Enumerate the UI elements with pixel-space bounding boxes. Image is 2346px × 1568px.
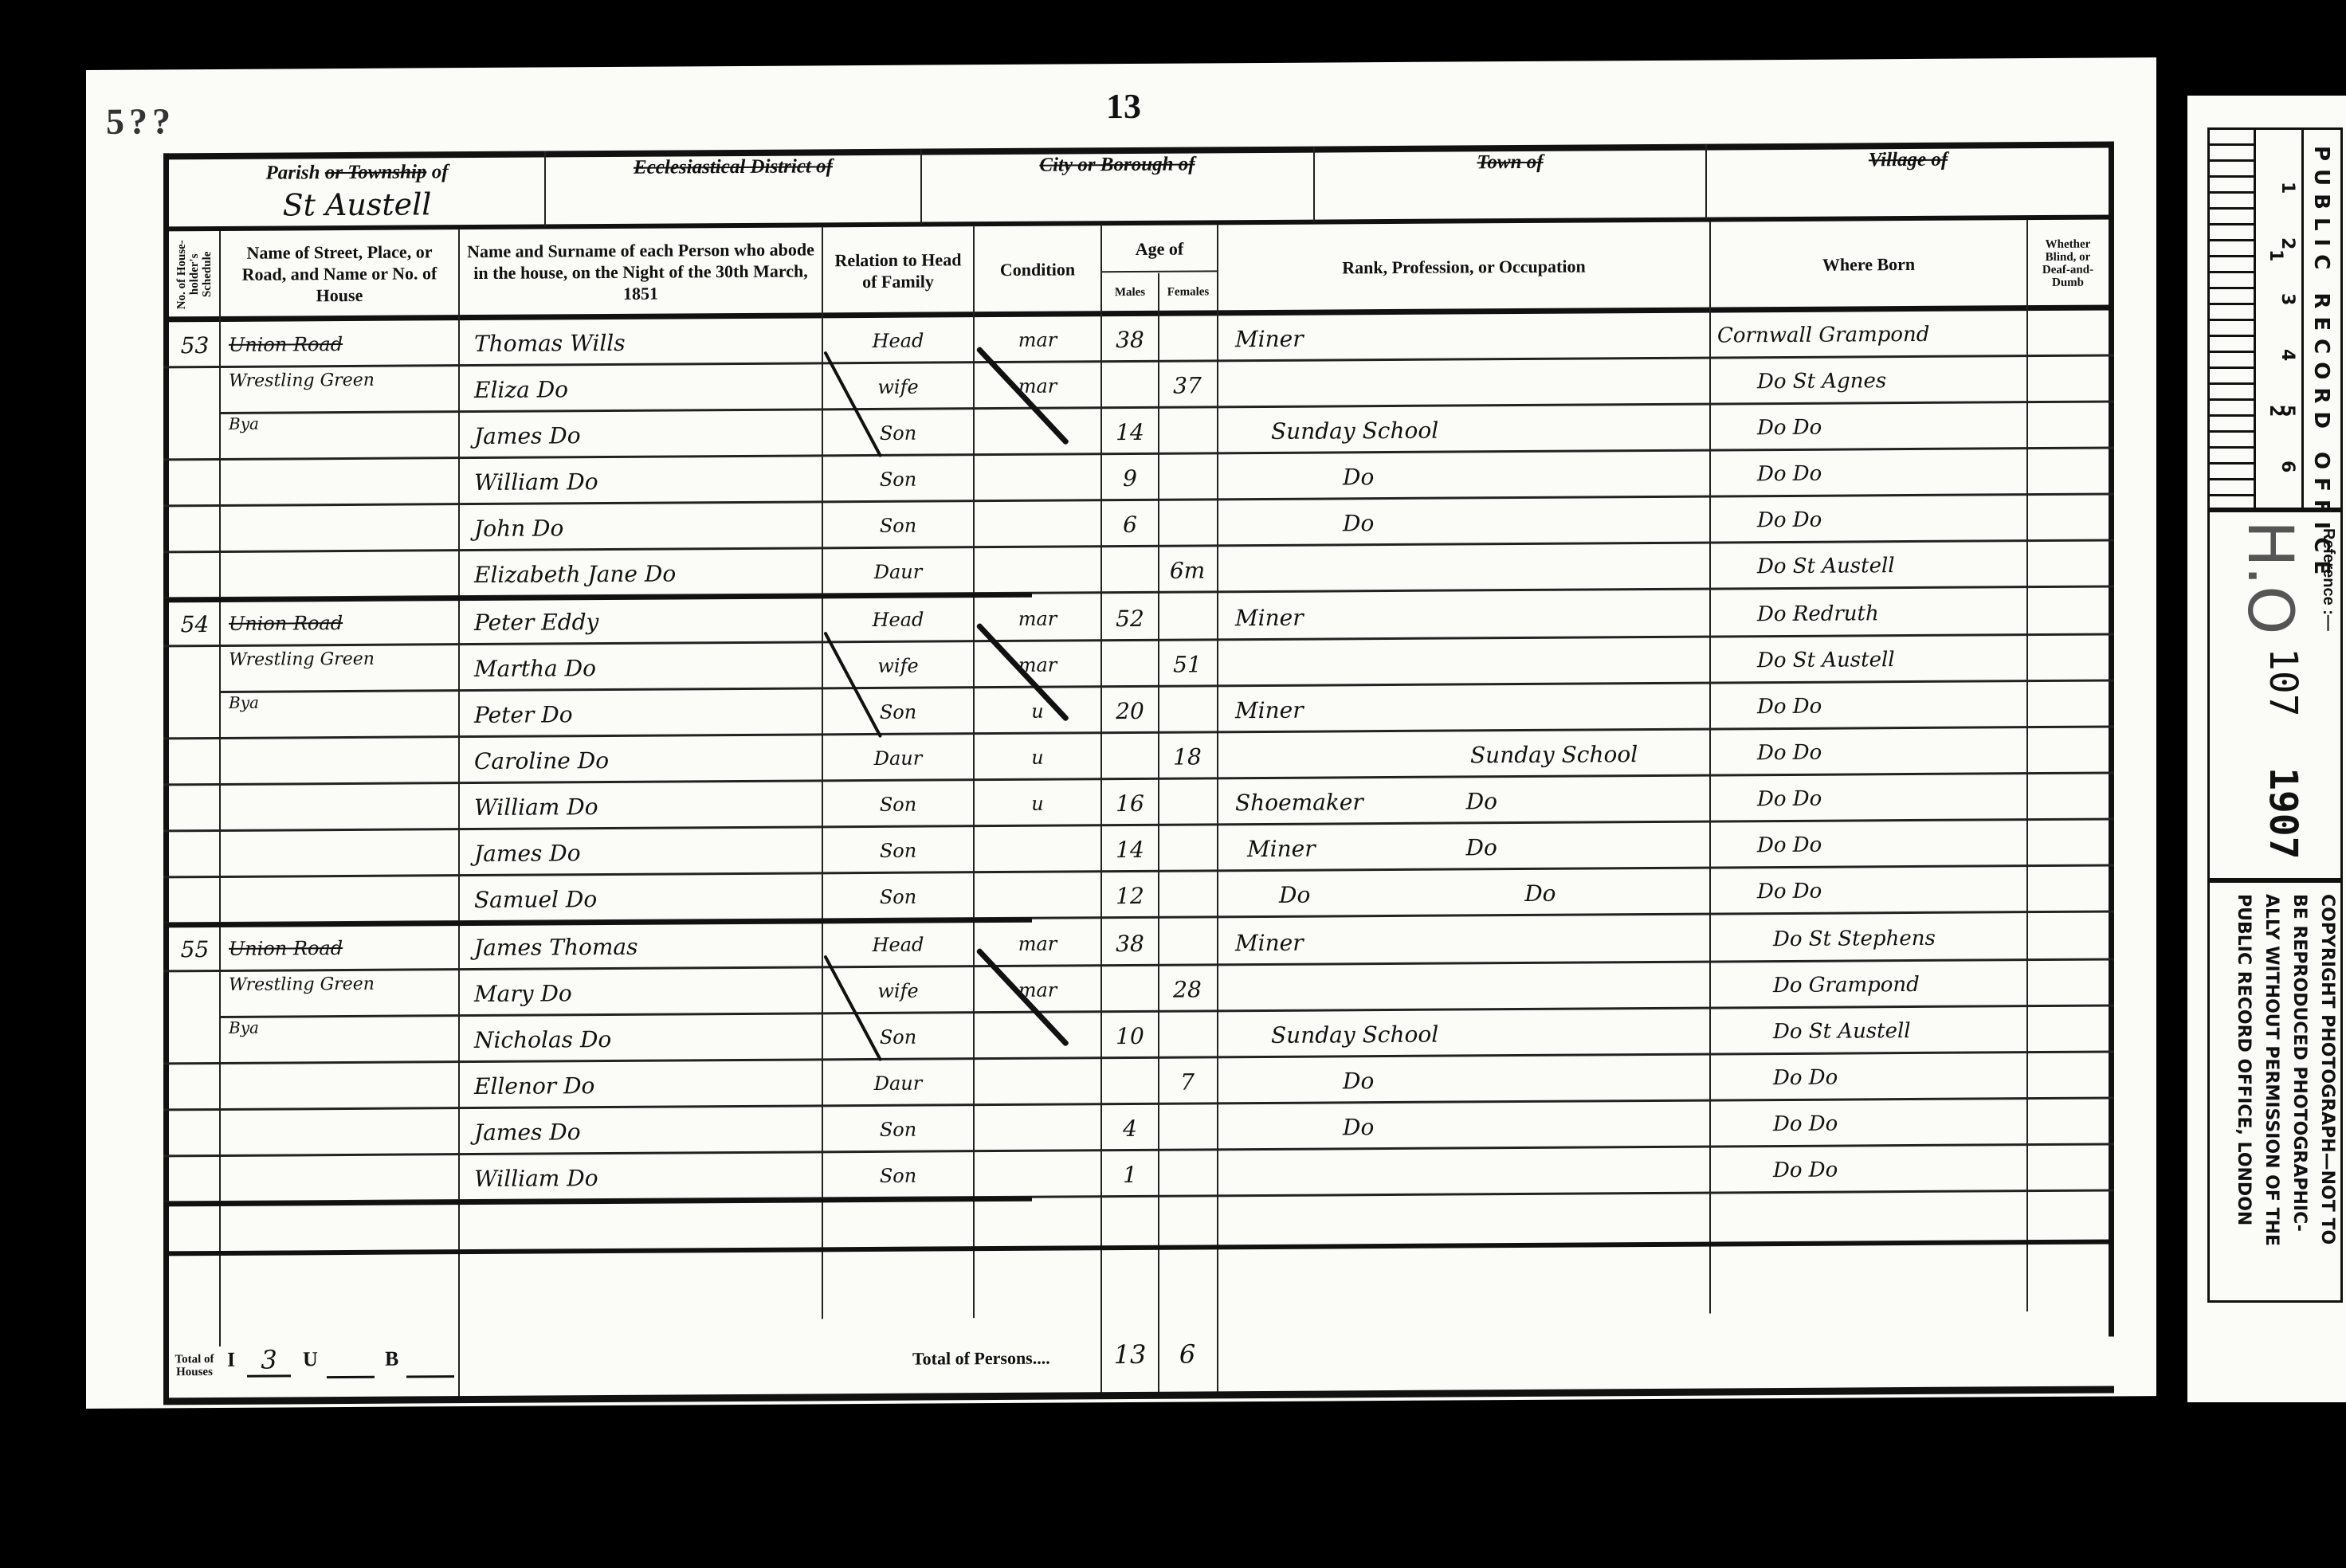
person-name: Martha Do	[474, 643, 817, 692]
inhabited-label: I	[227, 1348, 235, 1372]
col-street-header: Name of Street, Place, or Road, and Name…	[221, 231, 458, 316]
person-name: Eliza Do	[474, 364, 817, 413]
male-age	[1104, 734, 1156, 780]
person-name: William Do	[474, 1153, 817, 1201]
relation: Son	[823, 781, 973, 828]
female-age	[1159, 500, 1215, 547]
birthplace: Do Do	[1773, 1053, 2024, 1101]
parish-label: Parish or Township of	[265, 161, 448, 184]
condition: mar	[975, 641, 1100, 688]
relation: wife	[823, 642, 973, 689]
street: Union Road	[229, 599, 452, 647]
parish-header: Parish or Township of St Austell	[170, 151, 544, 226]
female-age	[1159, 408, 1215, 454]
relation: Son	[823, 1106, 973, 1153]
birthplace: Do St Stephens	[1773, 915, 2024, 962]
schedule-number: 55	[173, 926, 217, 972]
street: Wrestling Green	[229, 367, 452, 414]
reference-folio: 1907	[2261, 767, 2305, 860]
town-header: Town of	[1315, 144, 1705, 220]
street: Bya	[229, 1017, 452, 1064]
relation: Daur	[823, 735, 973, 782]
female-age	[1159, 1012, 1215, 1058]
male-age: 12	[1104, 872, 1156, 919]
building-count	[406, 1375, 454, 1378]
occupation: Sunday School	[1470, 731, 1705, 778]
copyright-line-2: BE REPRODUCED PHOTOGRAPHIC-	[2289, 894, 2309, 1232]
total-houses-label: Total of Houses	[170, 1331, 219, 1401]
relation: Daur	[823, 1060, 973, 1107]
relation: Son	[823, 827, 973, 874]
relation: Son	[823, 1013, 973, 1060]
male-age	[1104, 966, 1156, 1013]
reference-label: Reference :—	[2319, 528, 2337, 631]
occupation: Do	[1343, 498, 1705, 547]
parish-value: St Austell	[283, 186, 432, 222]
copyright-box: COPYRIGHT PHOTOGRAPH—NOT TO BE REPRODUCE…	[2207, 880, 2343, 1303]
person-name: William Do	[474, 782, 817, 830]
male-age: 16	[1104, 780, 1156, 826]
uninhabited-count	[327, 1376, 375, 1378]
male-age: 38	[1104, 920, 1156, 966]
building-label: B	[385, 1347, 398, 1371]
relation: Head	[823, 317, 973, 364]
male-age: 14	[1104, 409, 1156, 455]
person-name: John Do	[474, 503, 817, 551]
person-name: James Thomas	[474, 922, 817, 970]
birthplace: Do St Austell	[1757, 542, 2024, 590]
condition: mar	[975, 316, 1100, 363]
scale-ruler: PUBLIC RECORD OFFICE 1 2 3 4 5 6 1 2	[2207, 127, 2343, 510]
scale-cm-6: 6	[2277, 461, 2297, 472]
col-age-header: Age of	[1102, 226, 1217, 271]
relation: Daur	[823, 548, 973, 595]
total-males: 13	[1105, 1339, 1155, 1370]
birthplace: Do Do	[1757, 728, 2024, 776]
copyright-line-3: ALLY WITHOUT PERMISSION OF THE	[2262, 894, 2281, 1246]
condition: mar	[975, 920, 1100, 967]
person-name: Caroline Do	[474, 735, 817, 784]
male-age	[1104, 641, 1156, 688]
person-name: Thomas Wills	[474, 318, 817, 367]
birthplace: Do Do	[1757, 496, 2024, 543]
total-persons-label: Total of Persons....	[912, 1348, 1050, 1370]
uninhabited-label: U	[303, 1347, 318, 1371]
occupation: Sunday School	[1271, 1009, 1705, 1058]
female-age: 6m	[1159, 547, 1215, 593]
male-age	[1104, 363, 1156, 409]
occupation: Sunday School	[1271, 406, 1705, 454]
female-age	[1159, 1104, 1215, 1151]
birthplace: Do St Austell	[1757, 636, 2024, 684]
person-name: James Do	[474, 828, 817, 876]
condition: u	[975, 688, 1100, 735]
birthplace: Do Do	[1773, 1100, 2024, 1147]
person-name: Peter Eddy	[474, 597, 817, 645]
person-name: Samuel Do	[474, 874, 817, 923]
scale-cm-3: 3	[2277, 293, 2297, 305]
occupation: Miner	[1235, 917, 1705, 966]
male-age: 14	[1104, 826, 1156, 872]
col-males-header: Males	[1102, 273, 1158, 311]
col-relation-header: Relation to Head of Family	[823, 228, 973, 312]
street: Wrestling Green	[229, 970, 452, 1018]
relation: Son	[823, 456, 973, 503]
col-schedule-header: No. of House-holder's Schedule	[170, 233, 219, 316]
female-age	[1159, 825, 1215, 872]
birthplace: Do St Agnes	[1757, 357, 2024, 405]
female-age	[1159, 687, 1215, 733]
col-born-header: Where Born	[1711, 221, 2026, 307]
male-age: 6	[1104, 501, 1156, 547]
male-age: 10	[1104, 1013, 1156, 1059]
reference-box: Reference :— H.O 107 1907	[2207, 510, 2343, 880]
birthplace: Do Do	[1757, 449, 2024, 497]
city-borough-header: City or Borough of	[922, 147, 1312, 222]
copyright-line-4: PUBLIC RECORD OFFICE, LONDON	[2234, 894, 2254, 1225]
reference-series: H.O	[2234, 520, 2305, 634]
inhabited-count: 3	[247, 1344, 291, 1377]
birthplace: Do Grampond	[1773, 961, 2024, 1009]
person-name: James Do	[474, 410, 817, 459]
condition: mar	[975, 363, 1100, 410]
person-name: Elizabeth Jane Do	[474, 549, 817, 598]
female-age	[1159, 779, 1215, 825]
occupation: Shoemaker Do	[1235, 777, 1705, 826]
reference-strip: PUBLIC RECORD OFFICE 1 2 3 4 5 6 1 2 Ref…	[2187, 96, 2346, 1402]
female-age	[1159, 454, 1215, 500]
female-age: 28	[1159, 966, 1215, 1012]
totals-bottom-border	[163, 1386, 2114, 1405]
condition: mar	[975, 595, 1100, 642]
relation: Son	[823, 688, 973, 735]
street: Bya	[229, 413, 452, 461]
female-age: 7	[1159, 1058, 1215, 1104]
scale-cm-2: 2	[2277, 237, 2297, 249]
occupation: Do	[1343, 1102, 1705, 1151]
total-females: 6	[1163, 1339, 1212, 1369]
reference-piece: 107	[2261, 648, 2305, 717]
relation: Son	[823, 502, 973, 549]
person-name: William Do	[474, 457, 817, 505]
birthplace: Do Do	[1757, 682, 2024, 730]
col-condition-header: Condition	[975, 227, 1100, 312]
col-blind-header: Whether Blind, or Deaf-and-Dumb	[2028, 221, 2108, 306]
person-name: Ellenor Do	[474, 1060, 817, 1109]
scale-cm-4: 4	[2277, 349, 2297, 361]
corner-folio-mark: 5??	[106, 100, 175, 143]
male-age: 20	[1104, 688, 1156, 734]
occupation: Miner Do	[1247, 823, 1705, 872]
male-age	[1104, 1059, 1156, 1105]
street: Wrestling Green	[229, 645, 452, 693]
person-name: Peter Do	[474, 689, 817, 738]
occupation	[1235, 359, 1705, 409]
relation: Head	[823, 596, 973, 643]
condition: u	[975, 734, 1100, 781]
male-age: 1	[1104, 1151, 1156, 1198]
col-occupation-header: Rank, Profession, or Occupation	[1218, 224, 1709, 311]
condition: u	[975, 780, 1100, 827]
male-age	[1104, 547, 1156, 594]
male-age: 4	[1104, 1105, 1156, 1151]
occupation: Do	[1343, 1056, 1705, 1104]
female-age	[1159, 1151, 1215, 1197]
birthplace: Do Do	[1757, 867, 2024, 915]
occupation	[1235, 638, 1705, 688]
scale-in-1: 1	[2266, 249, 2285, 261]
person-name: James Do	[474, 1107, 817, 1155]
person-name: Nicholas Do	[474, 1014, 817, 1063]
relation: Son	[823, 410, 973, 457]
relation: Son	[823, 873, 973, 920]
female-age: 18	[1159, 733, 1215, 779]
birthplace: Do St Austell	[1773, 1007, 2024, 1055]
street: Union Road	[229, 924, 452, 972]
census-page: 5?? 13 Parish or Township of St Austell …	[86, 57, 2156, 1409]
person-name: Mary Do	[474, 968, 817, 1017]
ruler-ticks	[2210, 130, 2254, 508]
census-table: Parish or Township of St Austell Ecclesi…	[163, 141, 2114, 1408]
schedule-number: 54	[173, 601, 217, 647]
occupation: Miner	[1235, 684, 1705, 734]
male-age: 9	[1104, 455, 1156, 501]
col-name-header: Name and Surname of each Person who abod…	[460, 229, 822, 315]
birthplace: Do Redruth	[1757, 590, 2024, 637]
relation: Head	[823, 921, 973, 968]
body-bottom-border	[163, 1239, 2114, 1256]
schedule-number: 53	[173, 322, 217, 368]
street: Union Road	[229, 320, 452, 368]
birthplace: Do Do	[1757, 821, 2024, 868]
scale-in-2: 2	[2266, 405, 2285, 417]
female-age	[1159, 872, 1215, 918]
scale-cm-1: 1	[2277, 182, 2297, 194]
page-number: 13	[1106, 86, 1141, 127]
occupation	[1235, 963, 1705, 1013]
male-age: 38	[1104, 316, 1156, 363]
birthplace: Do Do	[1773, 1146, 2024, 1194]
male-age: 52	[1104, 595, 1156, 641]
female-age: 51	[1159, 641, 1215, 687]
relation: Son	[823, 1152, 973, 1199]
occupation: Miner	[1235, 592, 1705, 641]
occupation: Do	[1343, 452, 1705, 500]
birthplace: Do Do	[1757, 403, 2024, 451]
female-age	[1159, 919, 1215, 966]
village-header: Village of	[1707, 141, 2109, 217]
ecclesiastical-district-header: Ecclesiastical District of	[546, 149, 920, 225]
occupation: Miner	[1235, 313, 1705, 363]
birthplace: Cornwall Grampond	[1717, 311, 2024, 359]
female-age	[1159, 316, 1215, 362]
copyright-line-1: COPYRIGHT PHOTOGRAPH—NOT TO	[2317, 894, 2337, 1245]
female-age: 37	[1159, 362, 1215, 408]
condition: mar	[975, 966, 1100, 1013]
totals-row: Total of Houses I 3 U B Total of Persons…	[163, 1319, 2114, 1401]
birthplace: Do Do	[1757, 774, 2024, 822]
col-females-header: Females	[1159, 272, 1217, 310]
occupation: Do Do	[1279, 869, 1705, 918]
street: Bya	[229, 692, 452, 739]
female-age	[1159, 594, 1215, 641]
